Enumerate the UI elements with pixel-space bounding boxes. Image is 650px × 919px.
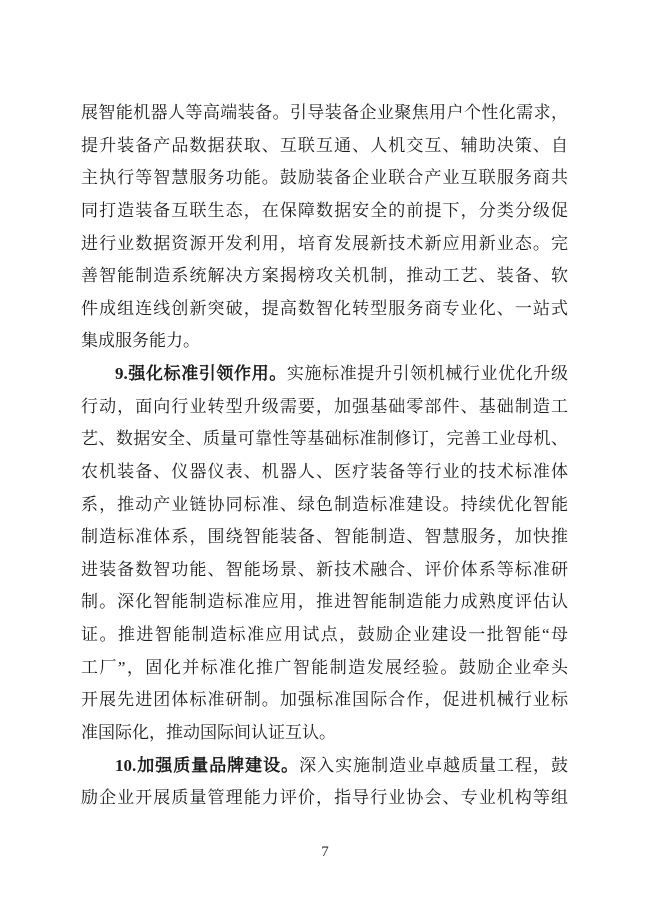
paragraph-9: 9.强化标准引领作用。实施标准提升引领机械行业优化升级 行动，面向行业转型升级需… — [81, 358, 568, 750]
text-line: 展智能机器人等高端装备。引导装备企业聚焦用户个性化需求， — [81, 97, 568, 130]
text-line: 件成组连线创新突破，提高数智化转型服务商专业化、一站式 — [81, 293, 568, 326]
text-line: 提升装备产品数据获取、互联互通、人机交互、辅助决策、自 — [81, 130, 568, 163]
paragraph-continuation: 展智能机器人等高端装备。引导装备企业聚焦用户个性化需求， 提升装备产品数据获取、… — [81, 97, 568, 358]
text-line: 准国际化，推动国际间认证互认。 — [81, 717, 568, 750]
text-line: 励企业开展质量管理能力评价，指导行业协会、专业机构等组 — [81, 782, 568, 815]
paragraph-10: 10.加强质量品牌建设。深入实施制造业卓越质量工程，鼓 励企业开展质量管理能力评… — [81, 750, 568, 815]
text-line: 10.加强质量品牌建设。深入实施制造业卓越质量工程，鼓 — [81, 750, 568, 783]
document-body: 展智能机器人等高端装备。引导装备企业聚焦用户个性化需求， 提升装备产品数据获取、… — [81, 97, 568, 815]
text-line: 工厂”，固化并标准化推广智能制造发展经验。鼓励企业牵头 — [81, 652, 568, 685]
document-page: 展智能机器人等高端装备。引导装备企业聚焦用户个性化需求， 提升装备产品数据获取、… — [0, 0, 650, 919]
page-footer: 7 — [0, 843, 650, 861]
page-number: 7 — [321, 844, 329, 861]
text-line: 进行业数据资源开发利用，培育发展新技术新应用新业态。完 — [81, 228, 568, 261]
text-line: 9.强化标准引领作用。实施标准提升引领机械行业优化升级 — [81, 358, 568, 391]
text-line: 制造标准体系，围绕智能装备、智能制造、智慧服务，加快推 — [81, 521, 568, 554]
paragraph-9-lead: 9.强化标准引领作用。 — [115, 364, 287, 383]
paragraph-10-lead: 10.加强质量品牌建设。 — [115, 756, 299, 775]
text-line: 善智能制造系统解决方案揭榜攻关机制，推动工艺、装备、软 — [81, 260, 568, 293]
text-line: 农机装备、仪器仪表、机器人、医疗装备等行业的技术标准体 — [81, 456, 568, 489]
text-line: 制。深化智能制造标准应用，推进智能制造能力成熟度评估认 — [81, 586, 568, 619]
paragraph-10-first-line-text: 深入实施制造业卓越质量工程，鼓 — [299, 756, 568, 775]
text-line: 艺、数据安全、质量可靠性等基础标准制修订，完善工业母机、 — [81, 423, 568, 456]
text-line: 证。推进智能制造标准应用试点，鼓励企业建设一批智能“母 — [81, 619, 568, 652]
text-line: 进装备数智功能、智能场景、新技术融合、评价体系等标准研 — [81, 554, 568, 587]
text-line: 行动，面向行业转型升级需要，加强基础零部件、基础制造工 — [81, 391, 568, 424]
text-line: 集成服务能力。 — [81, 325, 568, 358]
text-line: 系，推动产业链协同标准、绿色制造标准建设。持续优化智能 — [81, 489, 568, 522]
text-line: 主执行等智慧服务功能。鼓励装备企业联合产业互联服务商共 — [81, 162, 568, 195]
text-line: 同打造装备互联生态，在保障数据安全的前提下，分类分级促 — [81, 195, 568, 228]
paragraph-9-first-line-text: 实施标准提升引领机械行业优化升级 — [287, 364, 568, 383]
text-line: 开展先进团体标准研制。加强标准国际合作，促进机械行业标 — [81, 684, 568, 717]
